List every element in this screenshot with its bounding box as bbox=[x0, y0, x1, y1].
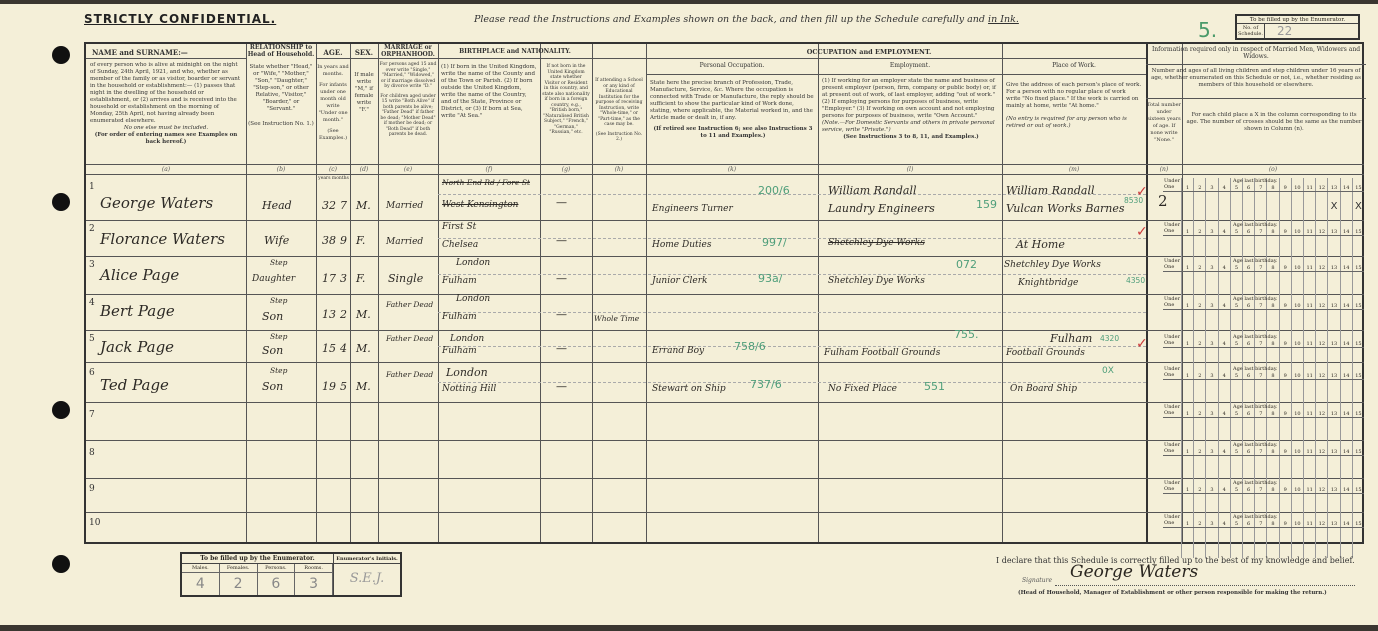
col-occupation-group-title: OCCUPATION and EMPLOYMENT. bbox=[592, 48, 1146, 56]
age-years: 13 bbox=[322, 308, 336, 321]
confidential-title: STRICTLY CONFIDENTIAL. bbox=[84, 12, 276, 26]
instructions-line: Please read the Instructions and Example… bbox=[474, 14, 1019, 25]
employer-business: Fulham Football Grounds bbox=[824, 348, 940, 358]
person-name: Alice Page bbox=[100, 266, 179, 284]
occupation-code: 200/6 bbox=[758, 184, 790, 197]
schedule-number: 22 bbox=[1265, 24, 1358, 38]
employment-code: 159 bbox=[976, 198, 997, 211]
place-of-work-top: Fulham bbox=[1050, 332, 1092, 345]
sex: F. bbox=[356, 234, 365, 247]
col-marriage-title: MARRIAGE or ORPHANHOOD. bbox=[378, 44, 438, 58]
birthplace: Chelsea bbox=[442, 240, 478, 250]
employer-business: Shetchley Dye Works bbox=[828, 238, 925, 248]
schedule-pencil-mark: 5. bbox=[1198, 18, 1217, 42]
col-relationship-title: RELATIONSHIP to Head of Household. bbox=[246, 44, 316, 58]
sex: M. bbox=[356, 380, 371, 393]
sex: M. bbox=[356, 199, 371, 212]
relationship-prefix: Step bbox=[270, 296, 287, 305]
row-number: 8 bbox=[89, 448, 95, 458]
occupation-code: 758/6 bbox=[734, 340, 766, 353]
col-relationship-instructions: State whether "Head," or "Wife," "Mother… bbox=[248, 64, 314, 128]
row-number: 9 bbox=[89, 484, 95, 494]
marital-status: Married bbox=[386, 237, 423, 247]
marital-status: Single bbox=[388, 272, 423, 285]
age-years: 19 bbox=[322, 380, 336, 393]
employer-business: Laundry Engineers bbox=[828, 202, 935, 215]
col-children-instructions: Number and ages of all living children a… bbox=[1150, 68, 1362, 89]
place-code: 0X bbox=[1102, 366, 1114, 376]
age-years: 15 bbox=[322, 342, 336, 355]
punch-hole-icon bbox=[52, 555, 70, 573]
children-age-grid: Under One123456789101112131415Age last b… bbox=[1163, 178, 1364, 224]
employment-code: 072 bbox=[956, 258, 977, 271]
page-bottom-edge bbox=[0, 625, 1378, 631]
age-months: 3 bbox=[340, 272, 347, 285]
employer-name: William Randall bbox=[828, 184, 916, 197]
checkmark-icon: ✓ bbox=[1136, 336, 1148, 352]
age-months: 9 bbox=[340, 234, 347, 247]
occupation-code: 93a/ bbox=[758, 272, 782, 285]
females-count: 2 bbox=[220, 573, 258, 595]
birthplace-address: North End Rd / Fore St bbox=[442, 178, 530, 187]
orphanhood-status: Father Dead bbox=[386, 300, 436, 309]
place-of-work-top: Shetchley Dye Works bbox=[1004, 260, 1101, 270]
birthplace-county: London bbox=[446, 366, 488, 379]
occupation: Home Duties bbox=[652, 240, 711, 250]
punch-hole-icon bbox=[52, 401, 70, 419]
birthplace-county: London bbox=[456, 258, 490, 268]
col-children-grid-instructions: For each child place a X in the column c… bbox=[1186, 112, 1362, 133]
punch-hole-icon bbox=[52, 46, 70, 64]
child-age-cross: X bbox=[1352, 192, 1364, 222]
relationship-prefix: Step bbox=[270, 366, 287, 375]
orphanhood-status: Father Dead bbox=[386, 370, 436, 379]
employer-business: Shetchley Dye Works bbox=[828, 276, 925, 286]
place-of-work: Vulcan Works Barnes bbox=[1006, 202, 1125, 215]
place-of-work: On Board Ship bbox=[1010, 384, 1077, 394]
col-age-instructions: In years and months. For infants under o… bbox=[317, 64, 349, 142]
person-name: Florance Waters bbox=[100, 230, 225, 248]
col-nationality-instructions: If not born in the United Kingdom state … bbox=[542, 64, 590, 136]
person-name: Jack Page bbox=[100, 338, 174, 356]
birthplace-county: London bbox=[450, 334, 484, 344]
nationality: — bbox=[556, 234, 567, 247]
orphanhood-status: Father Dead bbox=[386, 334, 436, 343]
place-of-work: Knightbridge bbox=[1018, 278, 1078, 288]
birthplace-county: London bbox=[456, 294, 490, 304]
col-employment-title: Employment. bbox=[818, 62, 1002, 69]
marital-status: Married bbox=[386, 201, 423, 211]
birthplace-address: First St bbox=[442, 222, 476, 232]
col-school-instructions: If attending a School or any kind of Edu… bbox=[594, 78, 644, 143]
employment-code: 551 bbox=[924, 380, 945, 393]
occupation: Errand Boy bbox=[652, 346, 704, 356]
signature-note: (Head of Household, Manager of Establish… bbox=[1018, 590, 1327, 596]
col-name-title: NAME and SURNAME:— bbox=[86, 48, 246, 57]
checkmark-icon: ✓ bbox=[1136, 184, 1148, 200]
punch-hole-icon bbox=[52, 193, 70, 211]
age-months: 4 bbox=[340, 342, 347, 355]
col-birthplace-title: BIRTHPLACE and NATIONALITY. bbox=[438, 48, 592, 55]
birthplace: Fulham bbox=[442, 346, 477, 356]
school-attendance: Whole Time bbox=[594, 314, 639, 323]
row-number: 10 bbox=[89, 518, 100, 528]
col-children-title: Information required only in respect of … bbox=[1146, 46, 1366, 60]
place-of-work: Football Grounds bbox=[1006, 348, 1085, 358]
relationship-prefix: Step bbox=[270, 332, 287, 341]
col-place-instructions: Give the address of each person's place … bbox=[1006, 82, 1142, 130]
occupation-code: 997/ bbox=[762, 236, 787, 249]
relationship: Wife bbox=[264, 234, 289, 247]
col-age-title: AGE. bbox=[316, 48, 350, 57]
relationship: Head bbox=[262, 199, 292, 212]
children-age-grid: Under One123456789101112131415Age last b… bbox=[1163, 514, 1364, 560]
occupation: Junior Clerk bbox=[652, 276, 708, 286]
col-place-of-work-title: Place of Work. bbox=[1002, 62, 1146, 69]
child-age-cross: X bbox=[1327, 192, 1339, 222]
age-months: 2 bbox=[340, 308, 347, 321]
birthplace: Notting Hill bbox=[442, 384, 496, 394]
age-years: 32 bbox=[322, 199, 336, 212]
census-form-table: NAME and SURNAME:— RELATIONSHIP to Head … bbox=[84, 42, 1364, 544]
relationship: Son bbox=[262, 310, 283, 323]
employer-business: No Fixed Place bbox=[828, 384, 897, 394]
person-name: Bert Page bbox=[100, 302, 175, 320]
person-name: Ted Page bbox=[100, 376, 169, 394]
occupation-code: 737/6 bbox=[750, 378, 782, 391]
persons-count: 6 bbox=[258, 573, 296, 595]
nationality: — bbox=[556, 342, 567, 355]
birthplace: Fulham bbox=[442, 276, 477, 286]
relationship: Son bbox=[262, 344, 283, 357]
col-occupation-instructions: State here the precise branch of Profess… bbox=[650, 80, 816, 140]
relationship: Daughter bbox=[252, 274, 295, 284]
enumerator-initials: S.E.J. bbox=[334, 564, 400, 594]
col-name-instructions: of every person who is alive at midnight… bbox=[90, 62, 242, 146]
birthplace: Fulham bbox=[442, 312, 477, 322]
signature: George Waters bbox=[1070, 562, 1198, 582]
nationality: — bbox=[556, 272, 567, 285]
nationality: — bbox=[556, 308, 567, 321]
place-code: 4350 bbox=[1126, 276, 1145, 285]
col-sex-title: SEX. bbox=[350, 48, 378, 57]
nationality: — bbox=[556, 380, 567, 393]
col-sex-instructions: If male write "M," if female write "F." bbox=[351, 72, 377, 114]
enumerator-box: To be filled up by the Enumerator. Males… bbox=[180, 552, 402, 597]
age-years: 17 bbox=[322, 272, 336, 285]
col-birthplace-instructions: (1) If born in the United Kingdom, write… bbox=[441, 64, 537, 120]
age-months: 7 bbox=[340, 199, 347, 212]
birthplace: West Kensington bbox=[442, 200, 518, 210]
schedule-number-box: To be filled up by the Enumerator. No. o… bbox=[1235, 14, 1360, 40]
col-children-total-label: Total number under sixteen years of age.… bbox=[1147, 102, 1181, 144]
col-marriage-instructions: For persons aged 15 and over write "Sing… bbox=[379, 62, 437, 138]
sex: F. bbox=[356, 272, 365, 285]
occupation: Stewart on Ship bbox=[652, 384, 726, 394]
checkmark-icon: ✓ bbox=[1136, 224, 1148, 240]
employment-code: 755. bbox=[954, 328, 979, 341]
signature-label: Signature bbox=[1022, 577, 1052, 584]
place-of-work: At Home bbox=[1016, 238, 1065, 251]
age-years: 38 bbox=[322, 234, 336, 247]
rooms-count: 3 bbox=[295, 573, 333, 595]
relationship: Son bbox=[262, 380, 283, 393]
sex: M. bbox=[356, 308, 371, 321]
place-of-work-top: William Randall bbox=[1006, 184, 1094, 197]
col-personal-occupation-title: Personal Occupation. bbox=[646, 62, 818, 69]
row-number: 7 bbox=[89, 410, 95, 420]
person-name: George Waters bbox=[100, 194, 213, 212]
relationship-prefix: Step bbox=[270, 258, 287, 267]
nationality: — bbox=[556, 196, 567, 209]
col-employment-instructions: (1) If working for an employer state the… bbox=[822, 78, 1000, 141]
occupation: Engineers Turner bbox=[652, 204, 733, 214]
males-count: 4 bbox=[182, 573, 220, 595]
place-code: 4320 bbox=[1100, 334, 1119, 343]
sex: M. bbox=[356, 342, 371, 355]
age-months: 5 bbox=[340, 380, 347, 393]
page-top-edge bbox=[0, 0, 1378, 4]
